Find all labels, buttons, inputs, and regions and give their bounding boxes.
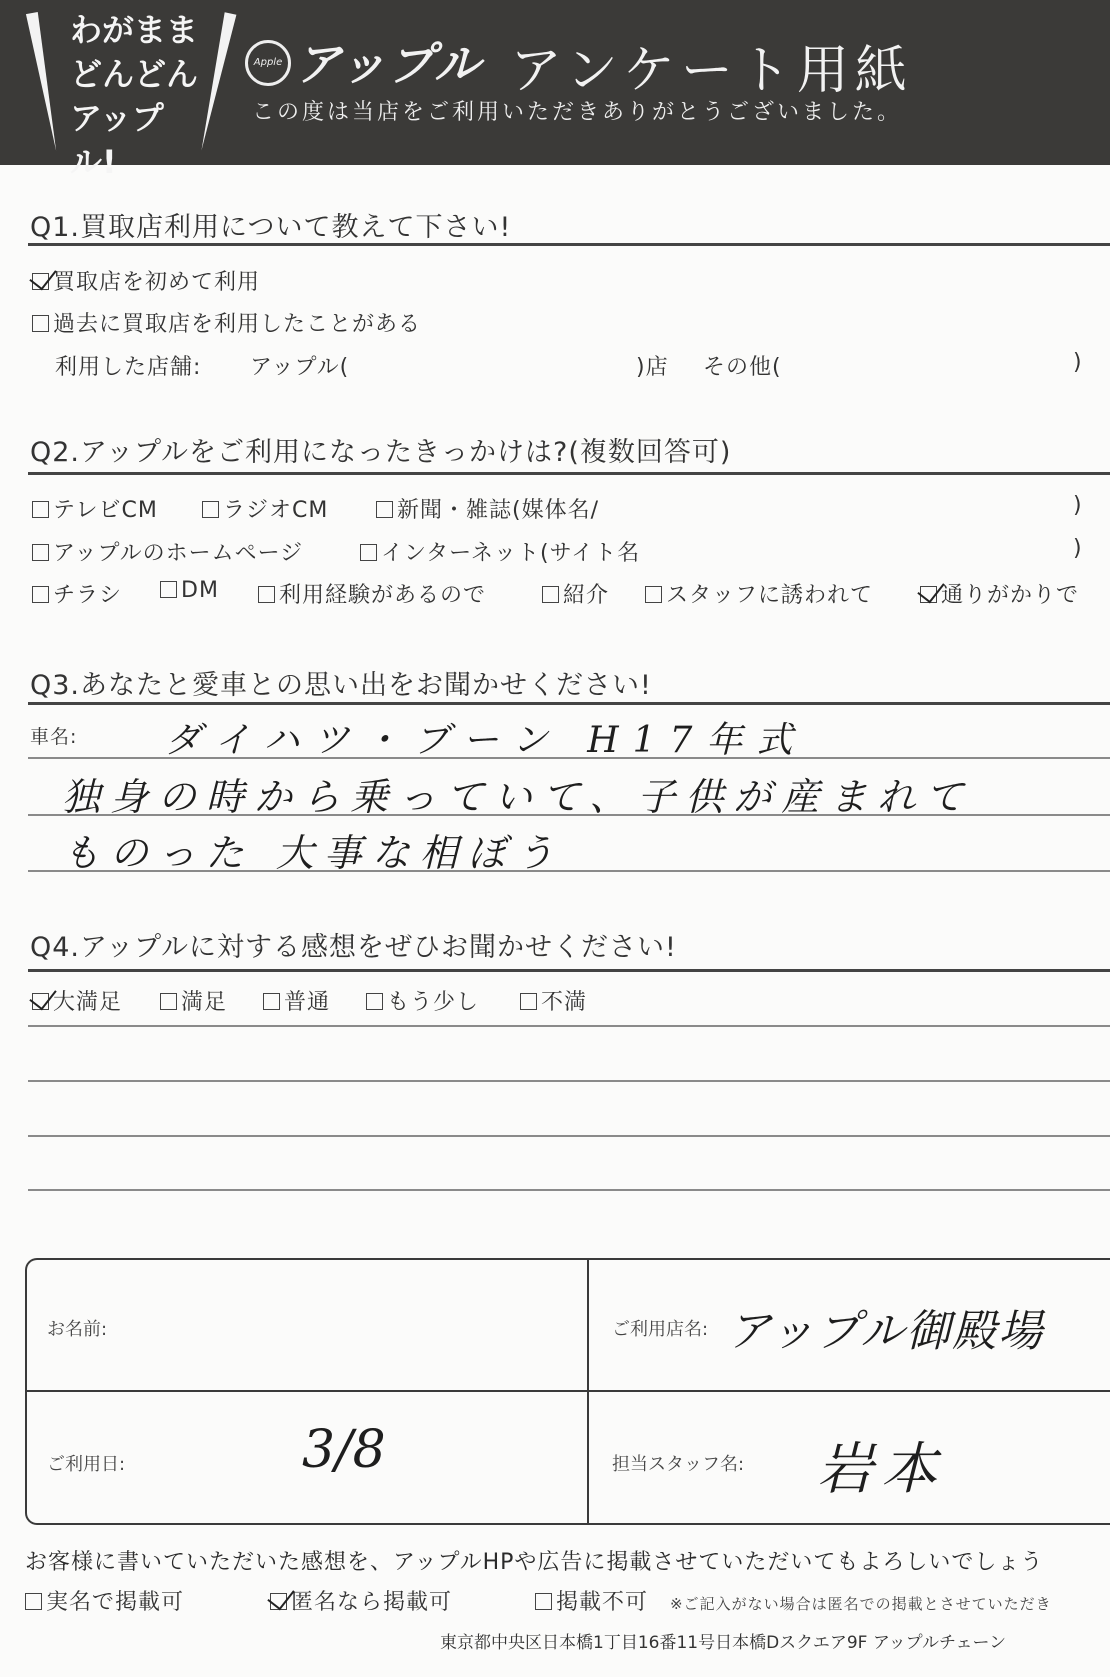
option-label: 満足: [181, 990, 227, 1015]
apple-logo-icon: Apple: [245, 40, 291, 86]
q4-option-very-satisfied[interactable]: 大満足: [32, 985, 122, 1016]
answer-line: [28, 1080, 1110, 1082]
checkbox[interactable]: [263, 993, 280, 1010]
option-label: 実名で掲載可: [46, 1590, 184, 1615]
header-banner: わがまま どんどん アップル! Apple アップル アンケート用紙 この度は当…: [0, 0, 1110, 165]
checkbox[interactable]: [32, 586, 49, 603]
q2-row2-close: ): [1073, 536, 1083, 561]
page-title: アンケート用紙: [510, 28, 913, 103]
option-label: 普通: [284, 990, 330, 1015]
q1-title: Q1.買取店利用について教えて下さい!: [30, 205, 511, 244]
consent-real-name[interactable]: 実名で掲載可: [25, 1585, 184, 1616]
checkbox[interactable]: [360, 544, 377, 561]
answer-line: [28, 870, 1110, 872]
memory-answer-line-2[interactable]: ものった 大事な相ぼう: [62, 822, 564, 877]
checkbox[interactable]: [366, 993, 383, 1010]
checkbox-checked[interactable]: [32, 273, 49, 290]
q2-title: Q2.アップルをご利用になったきっかけは?(複数回答可): [30, 430, 731, 469]
q4-title: Q4.アップルに対する感想をぜひお聞かせください!: [30, 925, 677, 964]
q2-option-referral[interactable]: 紹介: [542, 578, 609, 609]
q2-option-dm[interactable]: DM: [160, 578, 219, 603]
staff-name-label: 担当スタッフ名:: [612, 1450, 744, 1476]
q4-option-could-improve[interactable]: もう少し: [366, 985, 479, 1016]
q1-store-label: 利用した店舗:: [55, 350, 201, 381]
checkbox[interactable]: [645, 586, 662, 603]
q1-other-prefix: その他(: [703, 350, 782, 381]
slogan-line: どんどん: [70, 52, 200, 96]
divider: [28, 243, 1110, 246]
q2-option-newspaper[interactable]: 新聞・雑誌(媒体名/: [376, 493, 599, 524]
checkbox[interactable]: [202, 501, 219, 518]
car-name-label: 車名:: [30, 722, 77, 749]
q1-option-used-before[interactable]: 過去に買取店を利用したことがある: [32, 307, 421, 338]
memory-answer-line-1[interactable]: 独身の時から乗っていて、子供が産まれて: [62, 766, 973, 821]
q2-row1-close: ): [1073, 493, 1083, 518]
checkbox[interactable]: [160, 993, 177, 1010]
checkbox[interactable]: [520, 993, 537, 1010]
answer-line: [28, 757, 1110, 759]
consent-anonymous[interactable]: 匿名なら掲載可: [270, 1585, 452, 1616]
option-label: チラシ: [53, 583, 122, 608]
slash-decoration-left: [26, 12, 62, 152]
q2-option-homepage[interactable]: アップルのホームページ: [32, 536, 303, 567]
name-label: お名前:: [47, 1315, 107, 1341]
q2-option-experience[interactable]: 利用経験があるので: [258, 578, 486, 609]
checkbox[interactable]: [160, 581, 177, 598]
slogan: わがまま どんどん アップル!: [70, 8, 200, 184]
option-label: 過去に買取店を利用したことがある: [53, 312, 421, 337]
visit-date-field[interactable]: 3/8: [302, 1420, 386, 1480]
option-label: 掲載不可: [556, 1590, 648, 1615]
q2-option-staff-invite[interactable]: スタッフに誘われて: [645, 578, 873, 609]
q4-option-average[interactable]: 普通: [263, 985, 330, 1016]
consent-note: ※ご記入がない場合は匿名での掲載とさせていただき: [670, 1595, 1052, 1613]
slogan-line: わがまま: [70, 8, 200, 52]
q1-apple-store-suffix: )店: [636, 350, 669, 381]
option-label: 買取店を初めて利用: [53, 270, 260, 295]
option-label: 匿名なら掲載可: [291, 1590, 452, 1615]
thanks-message: この度は当店をご利用いただきありがとうございました。: [252, 95, 902, 126]
q1-option-first-time[interactable]: 買取店を初めて利用: [32, 265, 260, 296]
option-label: 利用経験があるので: [279, 583, 486, 608]
publish-consent-question: お客様に書いていただいた感想を、アップルHPや広告に掲載させていただいてもよろし…: [25, 1545, 1043, 1576]
brand-logo-text: アップル: [295, 28, 482, 94]
q1-apple-store-prefix: アップル(: [250, 350, 349, 381]
option-label: スタッフに誘われて: [666, 583, 873, 608]
company-address: 東京都中央区日本橋1丁目16番11号日本橋Dスクエア9F アップルチェーン: [440, 1628, 1006, 1653]
q2-option-radio[interactable]: ラジオCM: [202, 493, 328, 524]
checkbox[interactable]: [258, 586, 275, 603]
consent-not-allowed[interactable]: 掲載不可※ご記入がない場合は匿名での掲載とさせていただき: [535, 1585, 1052, 1616]
store-name-field[interactable]: アップル御殿場: [727, 1295, 1044, 1359]
option-label: 新聞・雑誌(媒体名/: [397, 498, 599, 523]
visit-date-label: ご利用日:: [47, 1450, 125, 1476]
option-label: アップルのホームページ: [53, 541, 303, 566]
q2-option-passing-by[interactable]: 通りがかりで: [920, 578, 1079, 609]
option-label: インターネット(サイト名: [381, 541, 640, 566]
checkbox[interactable]: [32, 544, 49, 561]
q1-other-suffix: ): [1073, 350, 1083, 375]
option-label: テレビCM: [53, 498, 158, 523]
option-label: DM: [181, 578, 219, 603]
car-name-value[interactable]: ダイハツ・ブーン H17年式: [165, 712, 806, 763]
option-label: 紹介: [563, 583, 609, 608]
customer-info-box: お名前: ご利用店名: アップル御殿場 ご利用日: 3/8 担当スタッフ名: 岩…: [25, 1258, 1110, 1525]
divider: [28, 969, 1110, 972]
checkbox-checked[interactable]: [270, 1593, 287, 1610]
q2-option-tv[interactable]: テレビCM: [32, 493, 158, 524]
checkbox[interactable]: [535, 1593, 552, 1610]
answer-line: [28, 1135, 1110, 1137]
divider: [28, 702, 1110, 705]
row-divider: [27, 1390, 1110, 1392]
option-label: 大満足: [53, 990, 122, 1015]
option-label: もう少し: [387, 990, 479, 1015]
slogan-line: アップル!: [70, 96, 200, 184]
checkbox[interactable]: [25, 1593, 42, 1610]
q2-option-internet[interactable]: インターネット(サイト名: [360, 536, 640, 567]
checkbox[interactable]: [32, 501, 49, 518]
checkbox[interactable]: [542, 586, 559, 603]
checkbox[interactable]: [32, 315, 49, 332]
logo-badge-text: Apple: [254, 57, 282, 68]
checkbox-checked[interactable]: [920, 586, 937, 603]
divider: [28, 472, 1110, 475]
option-label: 不満: [541, 990, 587, 1015]
answer-line: [28, 1025, 1110, 1027]
staff-name-field[interactable]: 岩本: [817, 1425, 945, 1505]
store-name-label: ご利用店名:: [612, 1315, 708, 1341]
q4-option-satisfied[interactable]: 満足: [160, 985, 227, 1016]
checkbox[interactable]: [376, 501, 393, 518]
checkbox-checked[interactable]: [32, 993, 49, 1010]
answer-line: [28, 1189, 1110, 1191]
q3-title: Q3.あなたと愛車との思い出をお聞かせください!: [30, 663, 652, 702]
slash-decoration-right: [196, 12, 237, 151]
q4-option-dissatisfied[interactable]: 不満: [520, 985, 587, 1016]
option-label: 通りがかりで: [941, 583, 1079, 608]
answer-line: [28, 814, 1110, 816]
option-label: ラジオCM: [223, 498, 328, 523]
q2-option-flyer[interactable]: チラシ: [32, 578, 122, 609]
